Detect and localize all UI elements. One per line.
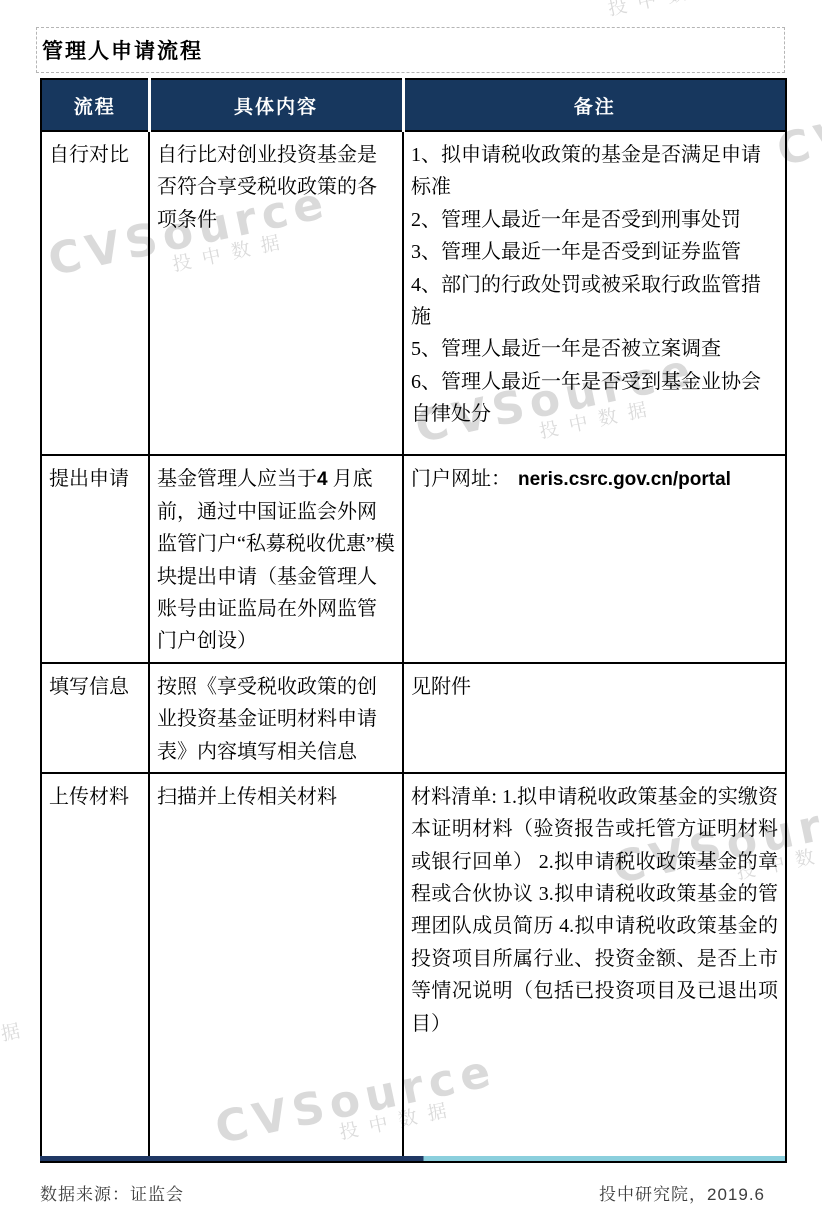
table-header-row: 流程 具体内容 备注 xyxy=(41,79,786,131)
note-cell: 1、拟申请税收政策的基金是否满足申请标准 2、管理人最近一年是否受到刑事处罚 3… xyxy=(403,131,786,455)
content-cell: 按照《享受税收政策的创业投资基金证明材料申请表》内容填写相关信息 xyxy=(149,663,403,773)
table-row: 自行对比 自行比对创业投资基金是否符合享受税收政策的各项条件 1、拟申请税收政策… xyxy=(41,131,786,455)
document-page: CVSource 投中数据 CVSource 投中数据 CVSource CVS… xyxy=(0,0,822,1232)
data-source-text: 数据来源：证监会 xyxy=(40,1180,184,1205)
bold-number: 4 xyxy=(317,469,328,490)
note-cell: 见附件 xyxy=(403,663,786,773)
title-box: 管理人申请流程 xyxy=(36,27,785,73)
note-cell: 材料清单: 1.拟申请税收政策基金的实缴资本证明材料（验资报告或托管方证明材料或… xyxy=(403,773,786,1162)
content-text: 基金管理人应当于 xyxy=(157,468,317,490)
content-text: 月底前，通过中国证监会外网监管门户“私募税收优惠”模块提出申请（基金管理人账号由… xyxy=(157,468,395,652)
table-row: 上传材料 扫描并上传相关材料 材料清单: 1.拟申请税收政策基金的实缴资本证明材… xyxy=(41,773,786,1162)
content-cell: 基金管理人应当于4 月底前，通过中国证监会外网监管门户“私募税收优惠”模块提出申… xyxy=(149,455,403,663)
footer-divider-line xyxy=(40,1156,785,1161)
process-cell: 填写信息 xyxy=(41,663,149,773)
research-credit-text: 投中研究院，2019.6 xyxy=(599,1180,765,1205)
table-row: 填写信息 按照《享受税收政策的创业投资基金证明材料申请表》内容填写相关信息 见附… xyxy=(41,663,786,773)
table-row: 提出申请 基金管理人应当于4 月底前，通过中国证监会外网监管门户“私募税收优惠”… xyxy=(41,455,786,663)
column-header-note: 备注 xyxy=(403,79,786,131)
portal-url-label: 门户网址： xyxy=(411,468,511,490)
note-cell: 门户网址：neris.csrc.gov.cn/portal xyxy=(403,455,786,663)
content-cell: 自行比对创业投资基金是否符合享受税收政策的各项条件 xyxy=(149,131,403,455)
process-table: 流程 具体内容 备注 自行对比 自行比对创业投资基金是否符合享受税收政策的各项条… xyxy=(40,78,787,1163)
process-cell: 自行对比 xyxy=(41,131,149,455)
document-content: 管理人申请流程 流程 具体内容 备注 自行对比 自行比对创业投资基金是否符合享受… xyxy=(0,0,822,1232)
process-cell: 上传材料 xyxy=(41,773,149,1162)
column-header-process: 流程 xyxy=(41,79,149,131)
column-header-content: 具体内容 xyxy=(149,79,403,131)
page-title: 管理人申请流程 xyxy=(37,35,203,65)
process-cell: 提出申请 xyxy=(41,455,149,663)
portal-url: neris.csrc.gov.cn/portal xyxy=(518,469,731,490)
content-cell: 扫描并上传相关材料 xyxy=(149,773,403,1162)
